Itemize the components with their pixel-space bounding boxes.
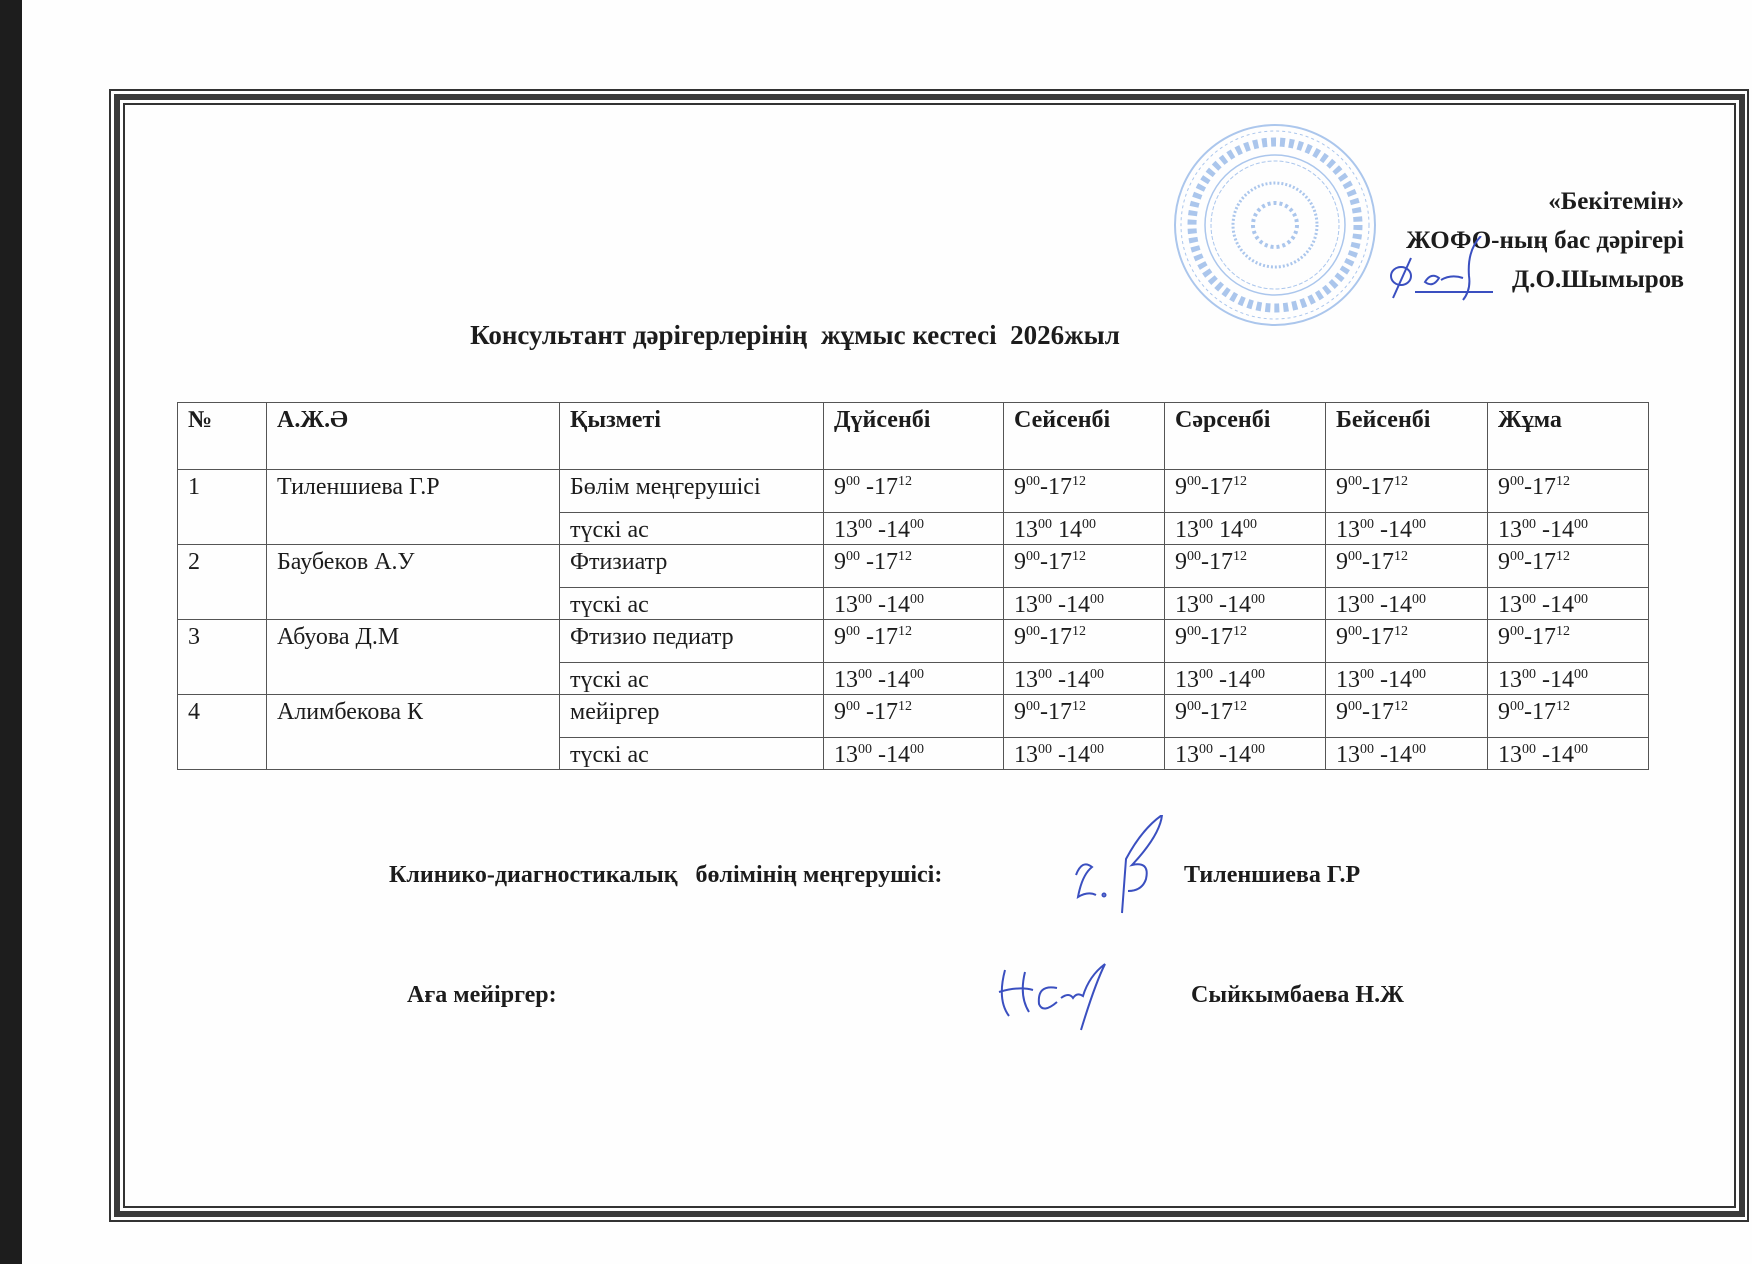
row-number: 3 [178, 620, 267, 695]
doctor-position: мейіргер [560, 695, 824, 738]
time-cell-wednesday: 900-1712 [1165, 620, 1326, 663]
time-cell-thursday: 1300 -1400 [1326, 738, 1488, 770]
time-cell-tuesday: 1300 -1400 [1004, 588, 1165, 620]
time-cell-friday: 1300 -1400 [1488, 663, 1649, 695]
time-cell-friday: 900-1712 [1488, 620, 1649, 663]
time-cell-tuesday: 1300 1400 [1004, 513, 1165, 545]
col-header-name: А.Ж.Ә [267, 403, 560, 470]
time-cell-thursday: 1300 -1400 [1326, 588, 1488, 620]
table-header-row: № А.Ж.Ә Қызметі Дүйсенбі Сейсенбі Сәрсен… [178, 403, 1649, 470]
time-cell-tuesday: 1300 -1400 [1004, 738, 1165, 770]
time-cell-monday: 900 -1712 [824, 695, 1004, 738]
time-cell-thursday: 900-1712 [1326, 470, 1488, 513]
head-signoff-label: Клинико-диагностикалық бөлімінің меңгеру… [389, 862, 942, 889]
table-row-work: 3Абуова Д.МФтизио педиатр900 -1712900-17… [178, 620, 1649, 663]
lunch-label: түскі ас [560, 738, 824, 770]
col-header-number: № [178, 403, 267, 470]
col-header-tuesday: Сейсенбі [1004, 403, 1165, 470]
senior-nurse-name: Сыйкымбаева Н.Ж [1191, 982, 1404, 1009]
doctor-position: Фтизиатр [560, 545, 824, 588]
row-number: 2 [178, 545, 267, 620]
table-row-work: 4Алимбекова Кмейіргер900 -1712900-171290… [178, 695, 1649, 738]
time-cell-thursday: 900-1712 [1326, 695, 1488, 738]
time-cell-wednesday: 1300 -1400 [1165, 738, 1326, 770]
col-header-monday: Дүйсенбі [824, 403, 1004, 470]
time-cell-tuesday: 900-1712 [1004, 620, 1165, 663]
lunch-label: түскі ас [560, 513, 824, 545]
table-row-work: 2Баубеков А.УФтизиатр900 -1712900-171290… [178, 545, 1649, 588]
time-cell-tuesday: 900-1712 [1004, 470, 1165, 513]
time-cell-thursday: 900-1712 [1326, 620, 1488, 663]
approval-line-position: ЖОФО-ның бас дәрігері [1406, 221, 1684, 260]
time-cell-tuesday: 900-1712 [1004, 695, 1165, 738]
lunch-label: түскі ас [560, 663, 824, 695]
time-cell-monday: 900 -1712 [824, 545, 1004, 588]
time-cell-wednesday: 900-1712 [1165, 695, 1326, 738]
time-cell-monday: 1300 -1400 [824, 513, 1004, 545]
time-cell-friday: 1300 -1400 [1488, 738, 1649, 770]
time-cell-wednesday: 900-1712 [1165, 470, 1326, 513]
time-cell-monday: 900 -1712 [824, 470, 1004, 513]
time-cell-monday: 1300 -1400 [824, 588, 1004, 620]
time-cell-thursday: 1300 -1400 [1326, 513, 1488, 545]
doctor-name: Тиленшиева Г.Р [267, 470, 560, 545]
scan-edge [0, 0, 22, 1264]
doctor-name: Баубеков А.У [267, 545, 560, 620]
col-header-friday: Жұма [1488, 403, 1649, 470]
time-cell-monday: 1300 -1400 [824, 738, 1004, 770]
time-cell-tuesday: 900-1712 [1004, 545, 1165, 588]
doctor-position: Бөлім меңгерушісі [560, 470, 824, 513]
time-cell-friday: 900-1712 [1488, 470, 1649, 513]
time-cell-tuesday: 1300 -1400 [1004, 663, 1165, 695]
head-signoff-name: Тиленшиева Г.Р [1184, 862, 1360, 889]
time-cell-thursday: 1300 -1400 [1326, 663, 1488, 695]
time-cell-friday: 1300 -1400 [1488, 513, 1649, 545]
document-title: Консультант дәрігерлерінің жұмыс кестесі… [0, 320, 1590, 351]
col-header-thursday: Бейсенбі [1326, 403, 1488, 470]
time-cell-wednesday: 1300 -1400 [1165, 588, 1326, 620]
schedule-table: № А.Ж.Ә Қызметі Дүйсенбі Сейсенбі Сәрсен… [177, 402, 1649, 770]
doctor-position: Фтизио педиатр [560, 620, 824, 663]
time-cell-friday: 1300 -1400 [1488, 588, 1649, 620]
senior-nurse-label: Аға мейіргер: [407, 982, 557, 1009]
approval-line-name: Д.О.Шымыров [1406, 260, 1684, 299]
row-number: 4 [178, 695, 267, 770]
time-cell-wednesday: 1300 1400 [1165, 513, 1326, 545]
time-cell-friday: 900-1712 [1488, 545, 1649, 588]
time-cell-friday: 900-1712 [1488, 695, 1649, 738]
time-cell-monday: 1300 -1400 [824, 663, 1004, 695]
col-header-wednesday: Сәрсенбі [1165, 403, 1326, 470]
col-header-position: Қызметі [560, 403, 824, 470]
lunch-label: түскі ас [560, 588, 824, 620]
approval-block: «Бекітемін» ЖОФО-ның бас дәрігері Д.О.Шы… [1406, 182, 1684, 299]
time-cell-wednesday: 900-1712 [1165, 545, 1326, 588]
time-cell-thursday: 900-1712 [1326, 545, 1488, 588]
doctor-name: Абуова Д.М [267, 620, 560, 695]
approval-line-approved: «Бекітемін» [1406, 182, 1684, 221]
row-number: 1 [178, 470, 267, 545]
table-row-work: 1Тиленшиева Г.РБөлім меңгерушісі900 -171… [178, 470, 1649, 513]
time-cell-wednesday: 1300 -1400 [1165, 663, 1326, 695]
doctor-name: Алимбекова К [267, 695, 560, 770]
time-cell-monday: 900 -1712 [824, 620, 1004, 663]
